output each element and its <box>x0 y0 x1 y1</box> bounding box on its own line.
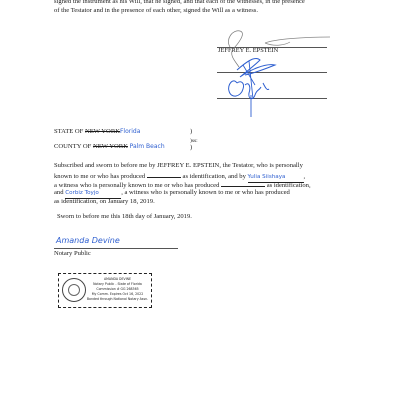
intro-line-1: signed the instrument as his Will, that … <box>54 0 305 7</box>
county-struck: NEW YORK <box>93 143 128 150</box>
state-line: STATE OF NEW YORKFlorida <box>54 128 140 137</box>
testator-signature-icon <box>215 25 340 125</box>
id-blank-1 <box>147 171 181 178</box>
notary-stamp: AMANDA DEVINE Notary Public - State of F… <box>58 273 152 308</box>
jurat-text: as identification, and by <box>183 173 246 180</box>
jurat-text: as identification, <box>267 182 311 189</box>
intro-line-2: of the Testator and in the presence of e… <box>54 7 258 16</box>
notary-signature-handwritten: Amanda Devine <box>56 236 120 245</box>
state-handwritten: Florida <box>120 128 140 135</box>
county-paren: ) <box>190 144 192 153</box>
stamp-text: AMANDA DEVINE Notary Public - State of F… <box>86 277 149 302</box>
jurat-text: and <box>54 189 64 196</box>
stamp-line-5: Bonded through National Notary Assn. <box>86 297 149 302</box>
sworn-line: Sworn to before me this 18th day of Janu… <box>57 213 192 222</box>
notary-seal-icon <box>62 278 86 302</box>
state-struck: NEW YORK <box>85 128 120 135</box>
jurat-text: known to me or who has produced <box>54 173 145 180</box>
county-label: COUNTY OF <box>54 143 91 150</box>
state-label: STATE OF <box>54 128 83 135</box>
jurat-text: a witness who is personally known to me … <box>54 182 219 189</box>
jurat-line-1: Subscribed and sworn to before me by JEF… <box>54 162 303 171</box>
jurat-line-5: as identification, on January 18, 2019. <box>54 198 155 207</box>
state-paren: ) <box>190 128 192 137</box>
county-line: COUNTY OF NEW YORK Palm Beach <box>54 143 165 152</box>
id-blank-2 <box>221 180 265 187</box>
jurat-text: , <box>304 173 306 180</box>
jurat-text: , a witness who is personally known to m… <box>121 189 290 196</box>
notary-signature-line <box>54 248 178 249</box>
notary-title: Notary Public <box>54 250 91 259</box>
county-handwritten: Palm Beach <box>130 143 165 150</box>
